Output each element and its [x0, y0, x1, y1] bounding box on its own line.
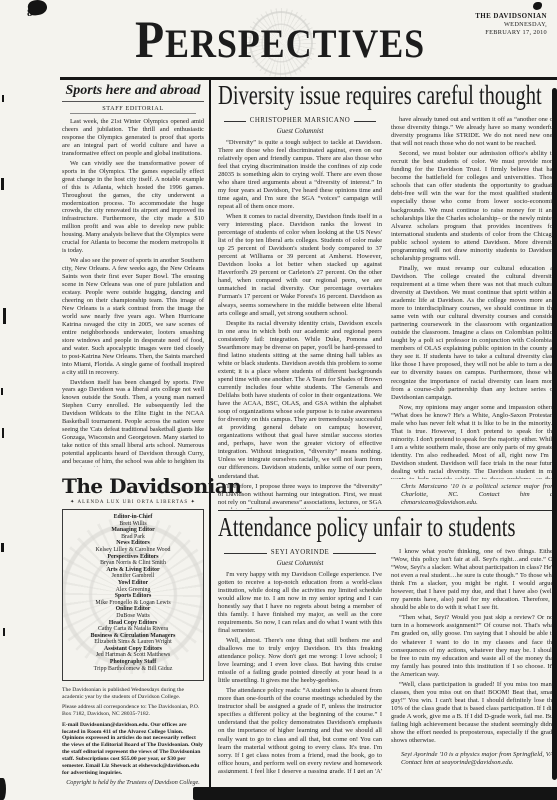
- byline-rule: [224, 121, 246, 122]
- article-column-2: I know what you're thinking, one of two …: [391, 548, 555, 773]
- paper-name: The Davidsonian: [475, 12, 547, 21]
- staff-names: Jed Hartman & Scott Matthews: [65, 652, 201, 659]
- staff-role: Sports Editors: [65, 593, 201, 600]
- byline-rule: [333, 553, 376, 554]
- paragraph: The attendance policy reads: “A student …: [218, 687, 382, 773]
- staff-role: Business & Circulation Managers: [65, 633, 201, 640]
- byline-rule: [354, 121, 376, 122]
- paragraph: Therefore, I propose three ways to impro…: [218, 483, 382, 509]
- article-column-1: Christopher Marsicano Guest Columnist “D…: [218, 116, 382, 509]
- publication-info: The Davidsonian is published Wednesdays …: [62, 687, 204, 777]
- staff-names: Bryan Norris & Clint Smith: [65, 560, 201, 567]
- sports-article: Sports here and abroad Staff Editorial L…: [62, 80, 204, 467]
- scan-artifact: [2, 428, 4, 438]
- staff-entry: Photography Staff Tripp Bartholomew & Bi…: [65, 659, 201, 672]
- publication-info-paragraph: The Davidsonian is published Wednesdays …: [62, 687, 204, 701]
- paragraph: Last week, the 21st Winter Olympics open…: [62, 118, 204, 158]
- sports-article-byline: Staff Editorial: [70, 103, 196, 114]
- date-line-1: Wednesday,: [475, 21, 547, 30]
- article-headline: Diversity issue requires careful thought: [218, 80, 474, 113]
- paragraph: “Diversity” is quite a tough subject to …: [218, 139, 382, 211]
- byline-rule: [224, 553, 267, 554]
- scan-artifact: [1, 543, 4, 552]
- staff-entry: Yowl Editor Alex Greening: [65, 580, 201, 593]
- paragraph: Despite its racial diversity identity cr…: [218, 320, 382, 481]
- paragraph: Davidson itself has been changed by spor…: [62, 379, 204, 468]
- staff-names: Brad Park: [65, 534, 201, 541]
- davidsonian-logo: The Davidsonian: [62, 474, 204, 498]
- scan-artifact: [552, 88, 557, 780]
- byline-role: Guest Columnist: [224, 559, 376, 567]
- paragraph: Finally, we must revamp our cultural edu…: [391, 265, 555, 402]
- scan-artifact: [3, 628, 5, 636]
- scan-artifact: [0, 778, 6, 800]
- staff-role: Assistant Copy Editors: [65, 646, 201, 653]
- paragraph: We can vividly see the transformative po…: [62, 160, 204, 255]
- staff-entry: Business & Circulation Managers Elizabet…: [65, 633, 201, 646]
- paragraph: I'm very happy with my Davidson College …: [218, 571, 382, 635]
- staff-entry: Assistant Copy Editors Jed Hartman & Sco…: [65, 646, 201, 659]
- content-frame: Sports here and abroad Staff Editorial L…: [60, 77, 557, 787]
- byline-role: Guest Columnist: [224, 127, 376, 135]
- newspaper-page: 8 Perspectives The Davidsonian Wednesday…: [0, 0, 557, 800]
- section-title: Perspectives: [135, 14, 405, 67]
- staff-names: Kelsey Lilley & Caroline Wood: [65, 547, 201, 554]
- editors-box: Editor-in-Chief Brett Willis Managing Ed…: [62, 509, 204, 681]
- paragraph: “Then what, Seyi? Would you just skip a …: [391, 614, 555, 678]
- staff-entry: Online Editor DuBose Watts: [65, 606, 201, 619]
- column-text: I'm very happy with my Davidson College …: [218, 571, 382, 773]
- byline: Christopher Marsicano Guest Columnist: [224, 117, 376, 135]
- staff-names: Elizabeth Sims & Lauren Wright: [65, 639, 201, 646]
- staff-entry: Perspectives Editors Bryan Norris & Clin…: [65, 554, 201, 567]
- date-line-2: February 17, 2010: [475, 29, 547, 38]
- staff-role: Managing Editor: [65, 527, 201, 534]
- scan-artifact: [27, 0, 48, 16]
- dateline: The Davidsonian Wednesday, February 17, …: [475, 12, 547, 38]
- right-area: Diversity issue requires careful thought…: [211, 80, 557, 787]
- staff-names: Brett Willis: [65, 521, 201, 528]
- paragraph: Second, we must bolster our admission of…: [391, 150, 555, 263]
- byline-author: Christopher Marsicano: [250, 117, 351, 125]
- scan-artifact: [1, 178, 4, 190]
- staff-list: Editor-in-Chief Brett Willis Managing Ed…: [65, 514, 201, 672]
- article-divider: [218, 510, 555, 511]
- staff-role: Online Editor: [65, 606, 201, 613]
- article-column-2: have already tuned out and written it of…: [391, 116, 555, 509]
- scan-artifact: [2, 95, 4, 102]
- byline-author: Seyi Ayorinde: [271, 549, 330, 557]
- sports-article-body: Last week, the 21st Winter Olympics open…: [62, 118, 204, 467]
- scan-artifact: [1, 388, 3, 395]
- attendance-article: Attendance policy unfair to students Sey…: [218, 512, 555, 773]
- staff-entry: Editor-in-Chief Brett Willis: [65, 514, 201, 527]
- staff-role: News Editors: [65, 540, 201, 547]
- staff-role: Editor-in-Chief: [65, 514, 201, 521]
- publication-info-paragraph: Please address all correspondence to: Th…: [62, 704, 204, 718]
- staff-names: Alex Greening: [65, 587, 201, 594]
- staff-entry: News Editors Kelsey Lilley & Caroline Wo…: [65, 540, 201, 553]
- copyright-notice: Copyright is held by the Trustees of Dav…: [62, 780, 204, 786]
- publication-info-paragraph: E-mail Davidsonian@davidson.edu. Our off…: [62, 722, 204, 777]
- scan-artifact: [3, 308, 6, 324]
- staff-entry: Managing Editor Brad Park: [65, 527, 201, 540]
- staff-role: Photography Staff: [65, 659, 201, 666]
- staff-names: Tripp Bartholomew & Bill Giduz: [65, 666, 201, 673]
- staff-names: Cathy Carta & Natalia Rivera: [65, 626, 201, 633]
- column-text: “Diversity” is quite a tough subject to …: [218, 139, 382, 509]
- paragraph: have already tuned out and written it of…: [391, 116, 555, 148]
- scan-artifact: [533, 2, 542, 10]
- staff-names: Jennifer Gambrell: [65, 573, 201, 580]
- author-signoff: Seyi Ayorinde '10 is a physics major fro…: [391, 751, 555, 767]
- diversity-article: Diversity issue requires careful thought…: [218, 80, 555, 509]
- staff-names: DuBose Watts: [65, 613, 201, 620]
- paragraph: Well, almost. There's one thing that sti…: [218, 637, 382, 685]
- column-text: I know what you're thinking, one of two …: [391, 548, 555, 747]
- masthead-motto: ✦ Alenda Lux Ubi Orta Libertas ✦: [62, 499, 204, 505]
- article-headline: Attendance policy unfair to students: [218, 512, 474, 545]
- staff-names: Mike Frongello & Logan Lewis: [65, 600, 201, 607]
- staff-entry: Sports Editors Mike Frongello & Logan Le…: [65, 593, 201, 606]
- staff-role: Yowl Editor: [65, 580, 201, 587]
- column-text: have already tuned out and written it of…: [391, 116, 555, 479]
- author-signoff: Chris Marsicano '10 is a political scien…: [391, 483, 555, 507]
- staff-role: Perspectives Editors: [65, 554, 201, 561]
- sports-article-title: Sports here and abroad: [62, 80, 204, 102]
- left-column: Sports here and abroad Staff Editorial L…: [60, 80, 211, 787]
- masthead-block: The Davidsonian ✦ Alenda Lux Ubi Orta Li…: [62, 474, 204, 786]
- staff-role: Head Copy Editors: [65, 620, 201, 627]
- paragraph: I know what you're thinking, one of two …: [391, 548, 555, 612]
- paragraph: Now, my opinions may anger some and impa…: [391, 404, 555, 479]
- scan-artifact: [193, 787, 557, 800]
- paragraph: “Well, class participation is graded! If…: [391, 681, 555, 745]
- byline: Seyi Ayorinde Guest Columnist: [224, 549, 376, 567]
- article-column-1: Seyi Ayorinde Guest Columnist I'm very h…: [218, 548, 382, 773]
- staff-entry: Arts & Living Editor Jennifer Gambrell: [65, 567, 201, 580]
- paragraph: When it comes to racial diversity, David…: [218, 213, 382, 318]
- staff-entry: Head Copy Editors Cathy Carta & Natalia …: [65, 620, 201, 633]
- paragraph: We also see the power of sports in anoth…: [62, 257, 204, 376]
